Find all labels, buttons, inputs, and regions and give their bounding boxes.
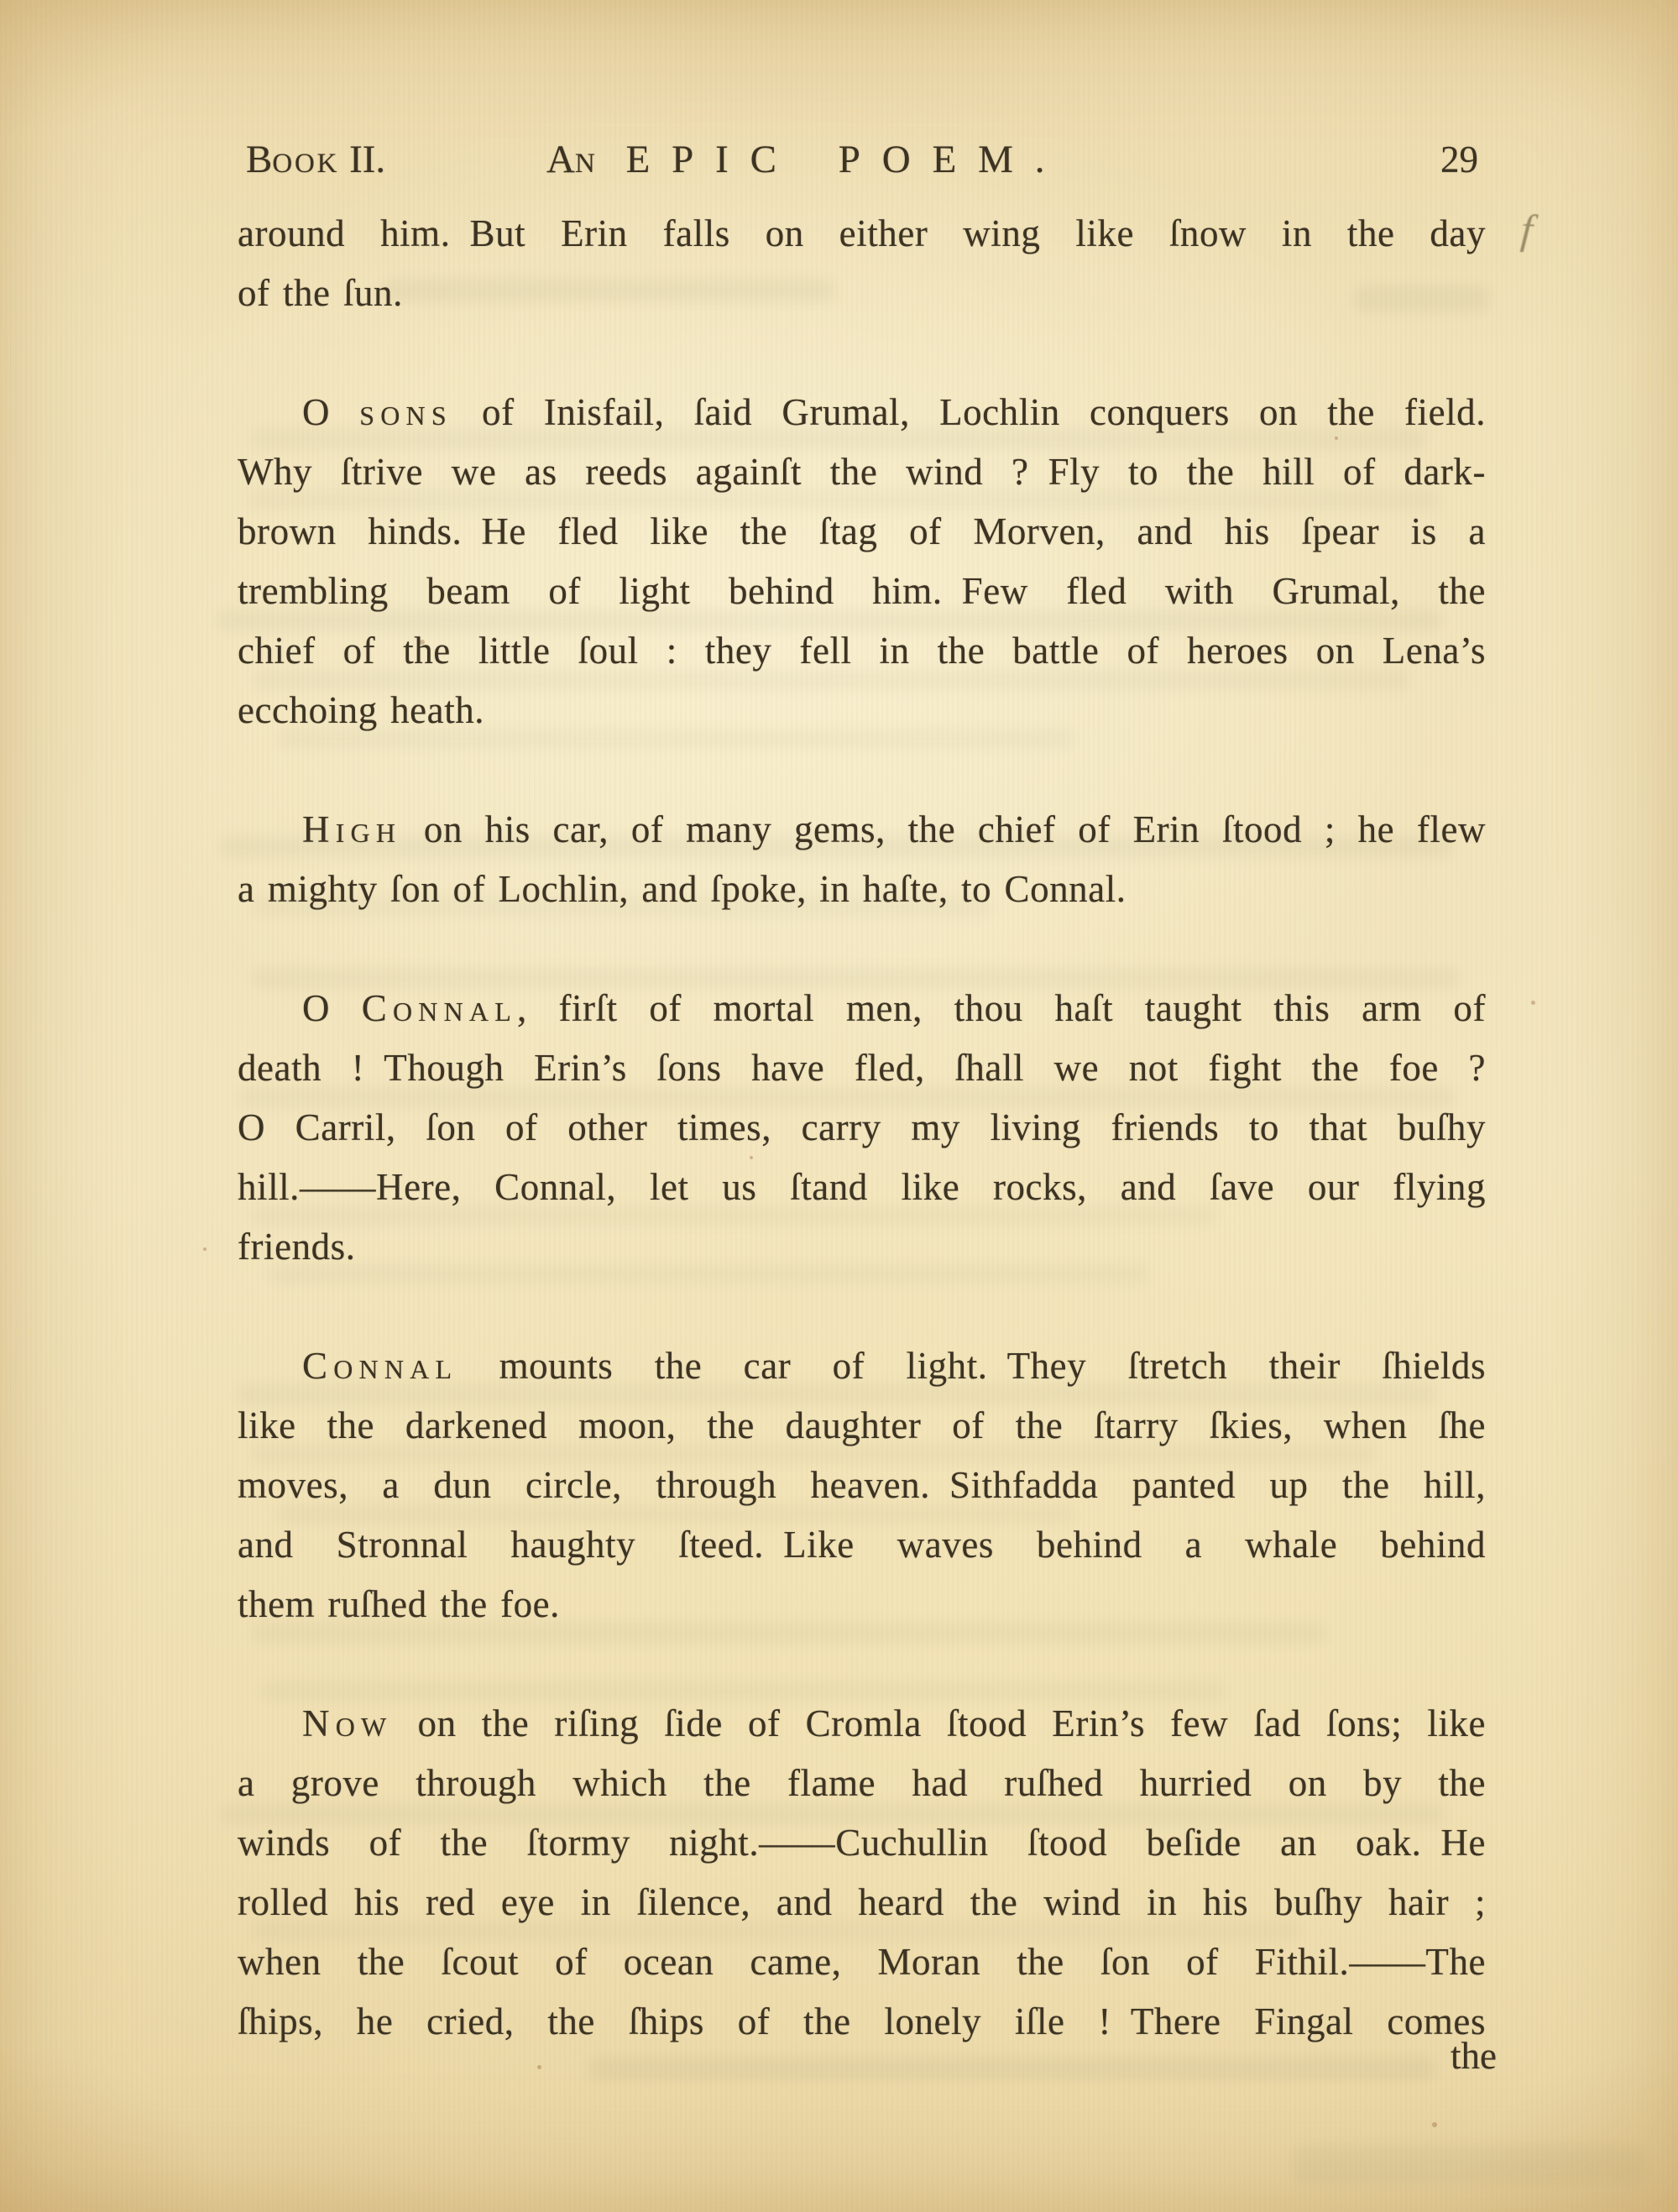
text-line: around him. But Erin falls on either win… [238,204,1486,264]
body-paragraph: Now on the riſing ſide of Cromla ſtood E… [238,1694,1486,2052]
body-paragraph: Connal mounts the car of light. They ſtr… [238,1336,1486,1634]
header-book-label: Book II. [246,134,385,185]
small-caps-text: n [575,138,598,181]
text-line: them ruſhed the foe. [238,1575,1486,1634]
page-body-text: around him. But Erin falls on either win… [238,204,1486,2052]
catchword: the [238,2026,1497,2086]
small-caps-text: Connal [302,1345,457,1387]
header-title-main: EPIC POEM. [626,138,1067,181]
text-line: like the darkened moon, the daughter of … [238,1396,1486,1456]
body-paragraph: O sons of Inisfail, ſaid Grumal, Lochlin… [238,383,1486,740]
text-line: brown hinds. He fled like the ſtag of Mo… [238,502,1486,562]
stray-ink-mark: f [1519,205,1534,254]
show-through-smudge [1293,2146,1645,2184]
running-header: Book II. AnEPIC POEM. 29 [238,0,1490,201]
text-line: when the ſcout of ocean came, Moran the … [238,1932,1486,1992]
small-caps-text: Now [302,1702,392,1744]
text-line: trembling beam of light behind him. Few … [238,562,1486,621]
text-line: and Stronnal haughty ſteed. Like waves b… [238,1515,1486,1575]
foxing-speck [203,1247,206,1251]
small-caps-text: High [302,808,401,850]
small-caps-text: Connal [362,987,517,1029]
body-paragraph: High on his car, of many gems, the chief… [238,800,1486,919]
body-paragraph: around him. But Erin falls on either win… [238,204,1486,323]
text-line: of the ſun. [238,264,1486,323]
book-page-scan: Book II. AnEPIC POEM. 29 f around him. B… [0,0,1678,2212]
small-caps-text: sons [359,391,452,433]
text-line: High on his car, of many gems, the chief… [238,800,1486,860]
header-title: AnEPIC POEM. [546,134,1066,185]
text-line: Now on the riſing ſide of Cromla ſtood E… [238,1694,1486,1754]
foxing-speck [1432,2122,1437,2127]
text-line: death ! Though Erin’s ſons have fled, ſh… [238,1038,1486,1098]
text-line: Why ſtrive we as reeds againſt the wind … [238,442,1486,502]
text-line: friends. [238,1217,1486,1277]
header-title-an: An [546,138,598,181]
text-line: moves, a dun circle, through heaven. Sit… [238,1456,1486,1515]
small-caps-text: ook [272,138,339,181]
foxing-speck [1531,1001,1535,1005]
text-line: a grove through which the flame had ruſh… [238,1754,1486,1813]
text-line: ecchoing heath. [238,681,1486,740]
text-line: hill.——Here, Connal, let us ſtand like r… [238,1158,1486,1217]
text-line: chief of the little ſoul : they fell in … [238,621,1486,681]
text-line: winds of the ſtormy night.——Cuchullin ſt… [238,1813,1486,1873]
text-line: O sons of Inisfail, ſaid Grumal, Lochlin… [238,383,1486,442]
body-paragraph: O Connal, firſt of mortal men, thou haſt… [238,979,1486,1277]
text-line: Connal mounts the car of light. They ſtr… [238,1336,1486,1396]
page-number: 29 [1440,134,1478,185]
text-line: O Carril, ſon of other times, carry my l… [238,1098,1486,1158]
text-line: rolled his red eye in ſilence, and heard… [238,1873,1486,1932]
text-line: a mighty ſon of Lochlin, and ſpoke, in h… [238,860,1486,919]
text-line: O Connal, firſt of mortal men, thou haſt… [238,979,1486,1038]
